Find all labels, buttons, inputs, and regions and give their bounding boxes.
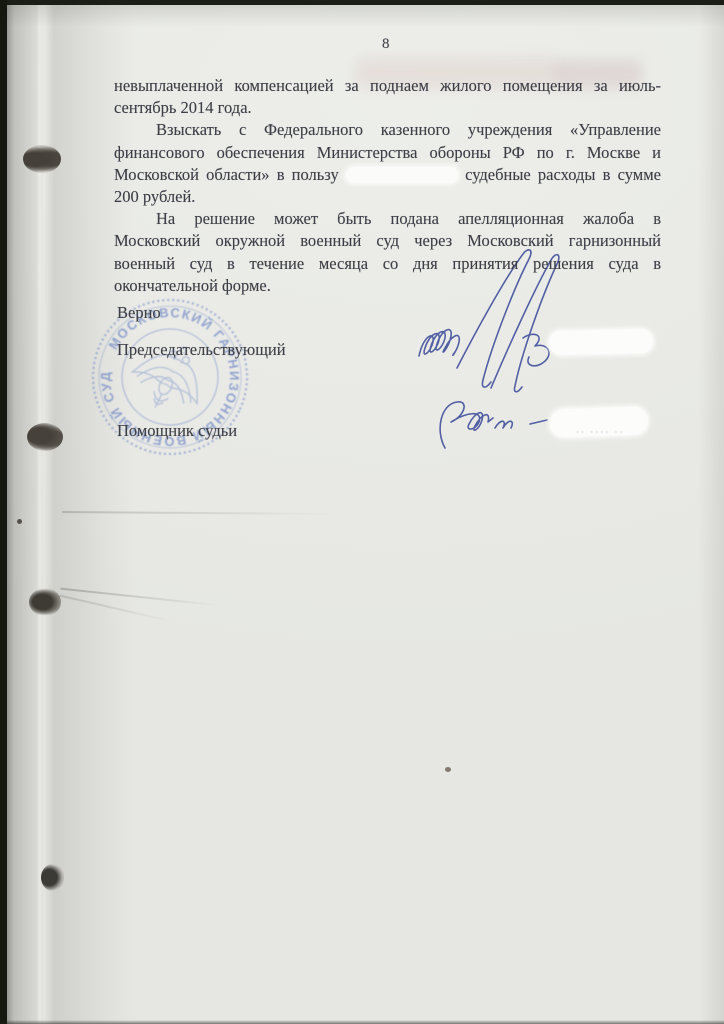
text-line: невыплаченной компенсацией за поднаем жи… [114, 75, 661, 97]
inline-redaction-blob [346, 167, 458, 183]
punch-hole [27, 423, 63, 451]
paper-speck [445, 767, 451, 772]
text-line: окончательной форме. [114, 275, 661, 297]
top-scan-shade [0, 5, 724, 27]
scanned-court-document: 8 МОСКОВСКИЙ ГАРНИЗОННЫЙ ВОЕННЫЙ СУД [0, 0, 724, 1024]
scanner-edge-left [0, 0, 7, 1024]
text-line: Взыскать с Федерального казенного учрежд… [114, 119, 661, 141]
page-number: 8 [382, 36, 390, 53]
assistant-signature [440, 402, 547, 448]
text-line: военный суд в течение месяца со дня прин… [114, 253, 661, 275]
right-scan-shade [698, 0, 724, 1024]
paper-speck [17, 519, 22, 524]
faint-text-remnant: ·· ···· ·· [576, 427, 624, 437]
text-line: 200 рублей. [114, 186, 661, 208]
text-line: Московский окружной военный суд через Мо… [114, 230, 661, 252]
label-verified: Верно [117, 303, 161, 323]
scanner-edge-top [0, 0, 724, 5]
text-line: Московской области» в пользу судебные ра… [114, 164, 661, 186]
text-line: сентябрь 2014 года. [114, 97, 661, 119]
body-text: невыплаченной компенсацией за поднаем жи… [114, 75, 661, 297]
label-judge-assistant: Помощник судьи [117, 421, 237, 441]
text-line: финансового обеспечения Министерства обо… [114, 142, 661, 164]
punch-hole [23, 145, 61, 173]
punch-hole [29, 588, 61, 616]
label-presiding-judge: Председательствующий [117, 340, 286, 360]
redaction-blob-presiding-name [549, 329, 653, 355]
punch-hole [41, 864, 64, 891]
scanner-edge-bottom [0, 1020, 724, 1024]
text-line: На решение может быть подана апелляционн… [114, 208, 661, 230]
